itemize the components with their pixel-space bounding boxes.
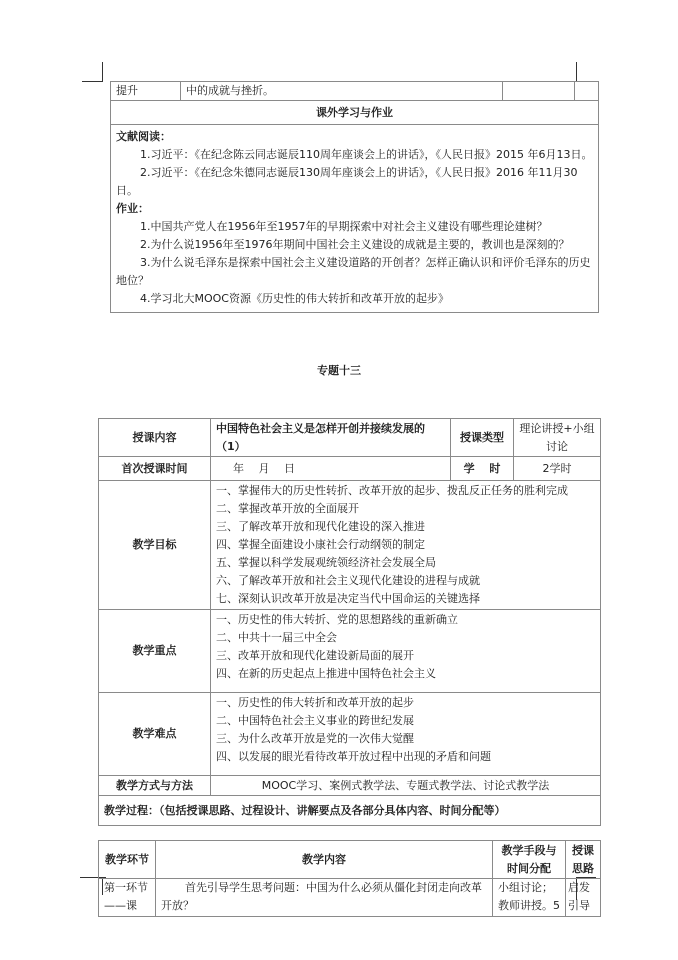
header-stage: 教学环节: [99, 841, 156, 879]
difficulty-item: 四、以发展的眼光看待改革开放过程中出现的矛盾和问题: [216, 748, 595, 766]
hours-label: 学 时: [451, 457, 514, 481]
key-point-item: 四、在新的历史起点上推进中国特色社会主义: [216, 665, 595, 683]
section-heading: 课外学习与作业: [111, 101, 599, 125]
content-value: 中国特色社会主义是怎样开创并接续发展的（1）: [211, 419, 451, 457]
homework-table: 提升 中的成就与挫折。 课外学习与作业 文献阅读： 1.习近平：《在纪念陈云同志…: [110, 81, 599, 313]
topic-title: 专题十三: [0, 362, 678, 378]
methods-value: MOOC学习、案例式教学法、专题式教学法、讨论式教学法: [211, 776, 601, 796]
homework-item: 4.学习北大MOOC资源《历史性的伟大转折和改革开放的起步》: [116, 290, 593, 308]
difficulty-item: 一、历史性的伟大转折和改革开放的起步: [216, 694, 595, 712]
first-time-value: 年 月 日: [211, 457, 451, 481]
first-time-label: 首次授课时间: [99, 457, 211, 481]
homework-item: 2.为什么说1956年至1976年期间中国社会主义建设的成就是主要的，教训也是深…: [116, 236, 593, 254]
objectives-list: 一、掌握伟大的历史性转折、改革开放的起步、拨乱反正任务的胜利完成 二、掌握改革开…: [211, 481, 601, 610]
header-approach: 授课思路: [566, 841, 601, 879]
crop-mark: [82, 81, 103, 82]
key-point-item: 三、改革开放和现代化建设新局面的展开: [216, 647, 595, 665]
objectives-label: 教学目标: [99, 481, 211, 610]
key-points-label: 教学重点: [99, 610, 211, 693]
difficulties-list: 一、历史性的伟大转折和改革开放的起步 二、中国特色社会主义事业的跨世纪发展 三、…: [211, 693, 601, 776]
crop-mark: [576, 62, 577, 82]
objective-item: 七、深刻认识改革开放是决定当代中国命运的关键选择: [216, 590, 595, 608]
homework-body: 文献阅读： 1.习近平：《在纪念陈云同志诞辰110周年座谈会上的讲话》，《人民日…: [111, 125, 599, 313]
homework-label: 作业：: [116, 200, 593, 218]
objective-item: 三、了解改革开放和现代化建设的深入推进: [216, 518, 595, 536]
header-content: 教学内容: [156, 841, 493, 879]
empty-cell: [503, 82, 575, 101]
process-label: 教学过程：（包括授课思路、过程设计、讲解要点及各部分具体内容、时间分配等）: [99, 796, 601, 826]
row-text: 中的成就与挫折。: [181, 82, 503, 101]
crop-mark: [102, 62, 103, 82]
reading-item: 2.习近平：《在纪念朱德同志诞辰130周年座谈会上的讲话》，《人民日报》2016…: [116, 164, 593, 200]
objective-item: 六、了解改革开放和社会主义现代化建设的进程与成就: [216, 572, 595, 590]
row-label: 提升: [111, 82, 181, 101]
homework-item: 1.中国共产党人在1956年至1957年的早期探索中对社会主义建设有哪些理论建树…: [116, 218, 593, 236]
type-value: 理论讲授+小组讨论: [514, 419, 601, 457]
difficulty-item: 三、为什么改革开放是党的一次伟大觉醒: [216, 730, 595, 748]
objective-item: 五、掌握以科学发展观统领经济社会发展全局: [216, 554, 595, 572]
content-label: 授课内容: [99, 419, 211, 457]
key-point-item: 二、中共十一届三中全会: [216, 629, 595, 647]
type-label: 授课类型: [451, 419, 514, 457]
reading-item: 1.习近平：《在纪念陈云同志诞辰110周年座谈会上的讲话》，《人民日报》2015…: [116, 146, 593, 164]
difficulty-item: 二、中国特色社会主义事业的跨世纪发展: [216, 712, 595, 730]
stage-cell: 第一环节——课: [99, 879, 156, 917]
approach-cell: 启发引导: [566, 879, 601, 917]
means-cell: 小组讨论；教师讲授。5: [493, 879, 566, 917]
lesson-plan-table: 授课内容 中国特色社会主义是怎样开创并接续发展的（1） 授课类型 理论讲授+小组…: [98, 418, 601, 826]
objective-item: 四、掌握全面建设小康社会行动纲领的制定: [216, 536, 595, 554]
header-means: 教学手段与时间分配: [493, 841, 566, 879]
difficulties-label: 教学难点: [99, 693, 211, 776]
empty-cell: [575, 82, 599, 101]
homework-item: 3.为什么说毛泽东是探索中国社会主义建设道路的开创者？怎样正确认识和评价毛泽东的…: [116, 254, 593, 290]
hours-value: 2学时: [514, 457, 601, 481]
objective-item: 二、掌握改革开放的全面展开: [216, 500, 595, 518]
methods-label: 教学方式与方法: [99, 776, 211, 796]
key-point-item: 一、历史性的伟大转折、党的思想路线的重新确立: [216, 611, 595, 629]
content-cell: 首先引导学生思考问题：中国为什么必须从僵化封闭走向改革开放？: [156, 879, 493, 917]
table-row: 第一环节——课 首先引导学生思考问题：中国为什么必须从僵化封闭走向改革开放？ 小…: [99, 879, 601, 917]
process-table: 教学环节 教学内容 教学手段与时间分配 授课思路 第一环节——课 首先引导学生思…: [98, 840, 601, 917]
reading-label: 文献阅读：: [116, 128, 593, 146]
key-points-list: 一、历史性的伟大转折、党的思想路线的重新确立 二、中共十一届三中全会 三、改革开…: [211, 610, 601, 693]
objective-item: 一、掌握伟大的历史性转折、改革开放的起步、拨乱反正任务的胜利完成: [216, 482, 595, 500]
